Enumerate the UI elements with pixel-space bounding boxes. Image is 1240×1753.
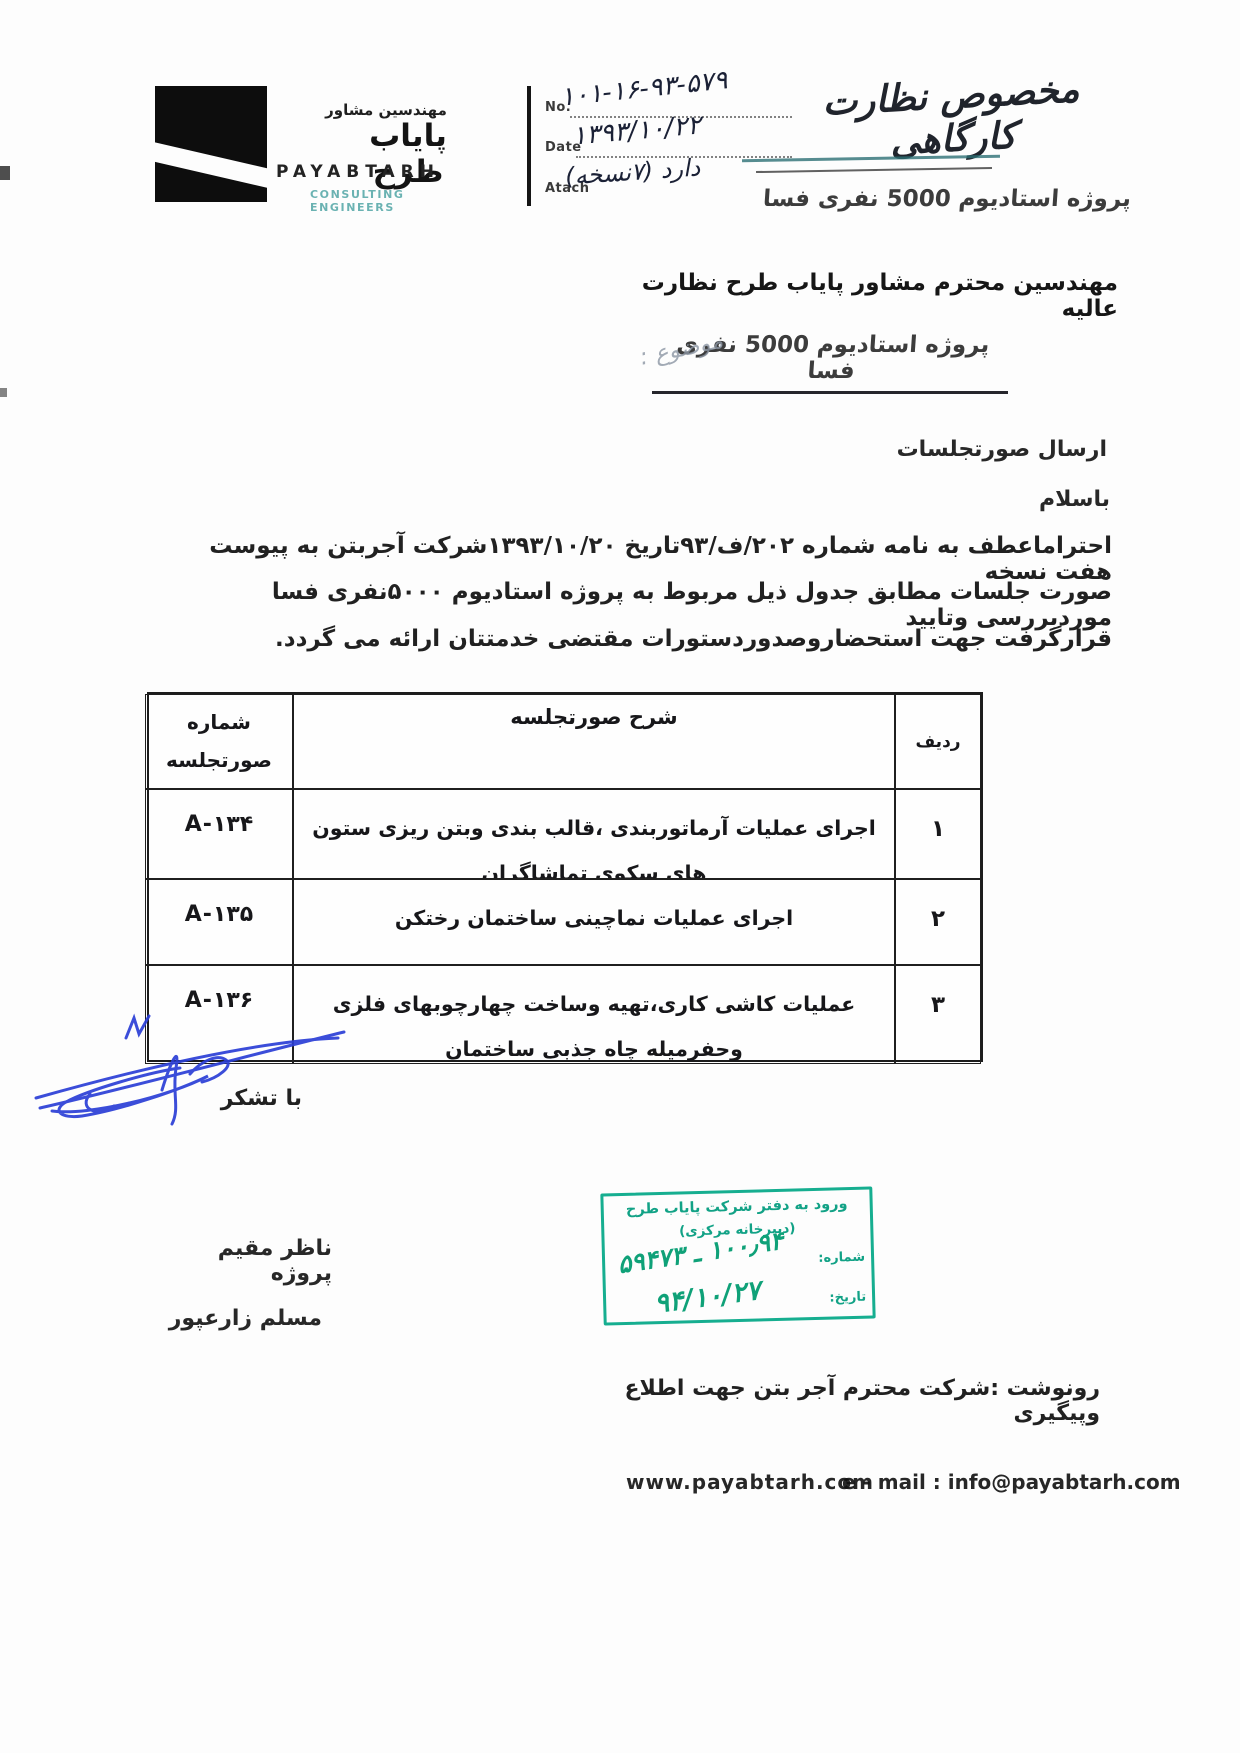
signer-name: مسلم زارعپور bbox=[150, 1306, 322, 1331]
footer-website: www.payabtarh.com bbox=[626, 1470, 874, 1494]
salutation: باسلام bbox=[1010, 487, 1110, 512]
routing-handnote: مخصوص نظارت کارگاهی bbox=[760, 64, 1144, 170]
table-row-1-number: ۱ bbox=[895, 789, 981, 879]
table-row-2-description: اجرای عملیات نماچینی ساختمان رختکن bbox=[293, 879, 895, 965]
entry-stamp-date-value: ۹۴/۱۰/۲۷ bbox=[653, 1275, 763, 1320]
table-row-2-serial: A-۱۳۵ bbox=[145, 879, 293, 965]
scan-artifact bbox=[0, 388, 7, 397]
footer-email: e - mail : info@payabtarh.com bbox=[842, 1470, 1181, 1494]
office-entry-stamp: ورود به دفتر شرکت پایاب طرح (دبیرخانه مر… bbox=[600, 1186, 875, 1325]
table-row-1-serial: A-۱۳۴ bbox=[145, 789, 293, 879]
body-line-3: قرارگرفت جهت استحضاروصدوردستورات مقتضی خ… bbox=[158, 626, 1112, 652]
col-header-row-number: ردیف bbox=[895, 694, 981, 789]
col-header-serial: شماره صورتجلسه bbox=[145, 694, 293, 789]
entry-stamp-no-label: شماره: bbox=[818, 1250, 865, 1266]
body-line-2: صورت جلسات مطابق جدول ذیل مربوط به پروژه… bbox=[158, 579, 1112, 631]
scan-artifact bbox=[0, 166, 10, 180]
scanned-letter-page: مهندسین مشاور پایاب طرح PAYABTARH CONSUL… bbox=[0, 0, 1240, 1753]
col-header-description: شرح صورتجلسه bbox=[293, 694, 895, 789]
table-row-3-description: عملیات کاشی کاری،تهیه وساخت چهارچوبهای ف… bbox=[293, 965, 895, 1064]
closing-thanks: با تشکر bbox=[182, 1086, 302, 1111]
entry-stamp-title: ورود به دفتر شرکت پایاب طرح bbox=[604, 1196, 870, 1219]
brand-en: PAYABTARH bbox=[276, 162, 476, 182]
header-divider bbox=[527, 86, 531, 206]
table-row-1-description: اجرای عملیات آرماتوربندی ،قالب بندی وبتن… bbox=[293, 789, 895, 879]
addressee-line: مهندسین محترم مشاور پایاب طرح نظارت عالی… bbox=[618, 270, 1118, 322]
logo-diagonal-stripe bbox=[155, 138, 267, 193]
signer-role: ناظر مقیم پروژه bbox=[152, 1236, 332, 1286]
project-stamp-top: پروژه استادیوم 5000 نفری فسا bbox=[757, 186, 1137, 212]
table-row-3-description-line1: عملیات کاشی کاری،تهیه وساخت چهارچوبهای ف… bbox=[333, 992, 856, 1061]
entry-stamp-date-label: تاریخ: bbox=[829, 1290, 866, 1306]
cc-line: رونوشت :شرکت محترم آجر بتن جهت اطلاع وپی… bbox=[598, 1376, 1100, 1426]
brand-en-subtitle: CONSULTING ENGINEERS bbox=[310, 188, 480, 214]
attach-field-value: دارد (۷نسخه) bbox=[564, 153, 701, 190]
subject-line: ارسال صورتجلسات bbox=[895, 437, 1107, 462]
brand-fa-small: مهندسین مشاور bbox=[300, 101, 472, 119]
body-line-1: احتراماعطف به نامه شماره ۲۰۲/ف/۹۳تاریخ ۱… bbox=[158, 533, 1112, 585]
col-header-serial-line2: صورتجلسه bbox=[166, 748, 272, 772]
no-field-value: ۱۰۱-۱۶-۹۳-۵۷۹ bbox=[559, 65, 729, 112]
table-row-3-number: ۳ bbox=[895, 965, 981, 1064]
table-row-2-number: ۲ bbox=[895, 879, 981, 965]
col-header-serial-line1: شماره bbox=[187, 710, 251, 734]
company-logo-icon bbox=[155, 86, 267, 202]
project-stamp-rule bbox=[652, 391, 1008, 394]
